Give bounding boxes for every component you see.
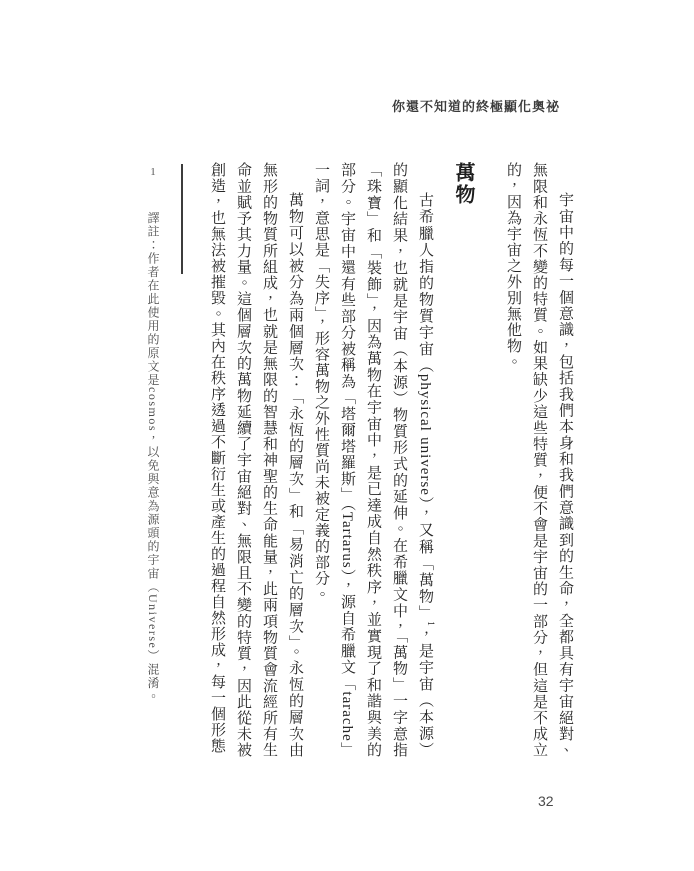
paragraph: 萬物可以被分為兩個層次：「永恆的層次」和「易消亡的層次」。永恆的層次由無形的物質… (204, 162, 308, 758)
page-number: 32 (538, 793, 554, 809)
footnote-divider (181, 164, 183, 274)
body-text: 宇宙中的每一個意識，包括我們本身和我們意識到的生命，全都具有宇宙絕對、無限和永恆… (193, 162, 578, 758)
paragraph: 宇宙中的每一個意識，包括我們本身和我們意識到的生命，全都具有宇宙絕對、無限和永恆… (500, 162, 578, 758)
paragraph: 古希臘人指的物質宇宙（physical universe），又稱「萬物」1，是宇… (308, 162, 444, 758)
footnote-number: 1 (147, 166, 159, 180)
paragraph-text: 古希臘人指的物質宇宙（physical universe），又稱「萬物」 (417, 192, 433, 621)
paragraph-text: ，是宇宙（本源）的顯化結果，也就是宇宙（本源）物質形式的延伸。在希臘文中，「萬物… (313, 162, 433, 758)
section-heading: 萬物 (448, 162, 478, 758)
footnote: 1譯註：作者在此使用的原文是cosmos，以免與意為源頭的宇宙（Universe… (141, 166, 165, 762)
running-head: 你還不知道的終極顯化奧祕 (392, 96, 560, 115)
book-page: 你還不知道的終極顯化奧祕 宇宙中的每一個意識，包括我們本身和我們意識到的生命，全… (0, 0, 694, 871)
footnote-text: 譯註：作者在此使用的原文是cosmos，以免與意為源頭的宇宙（Universe）… (146, 212, 160, 704)
